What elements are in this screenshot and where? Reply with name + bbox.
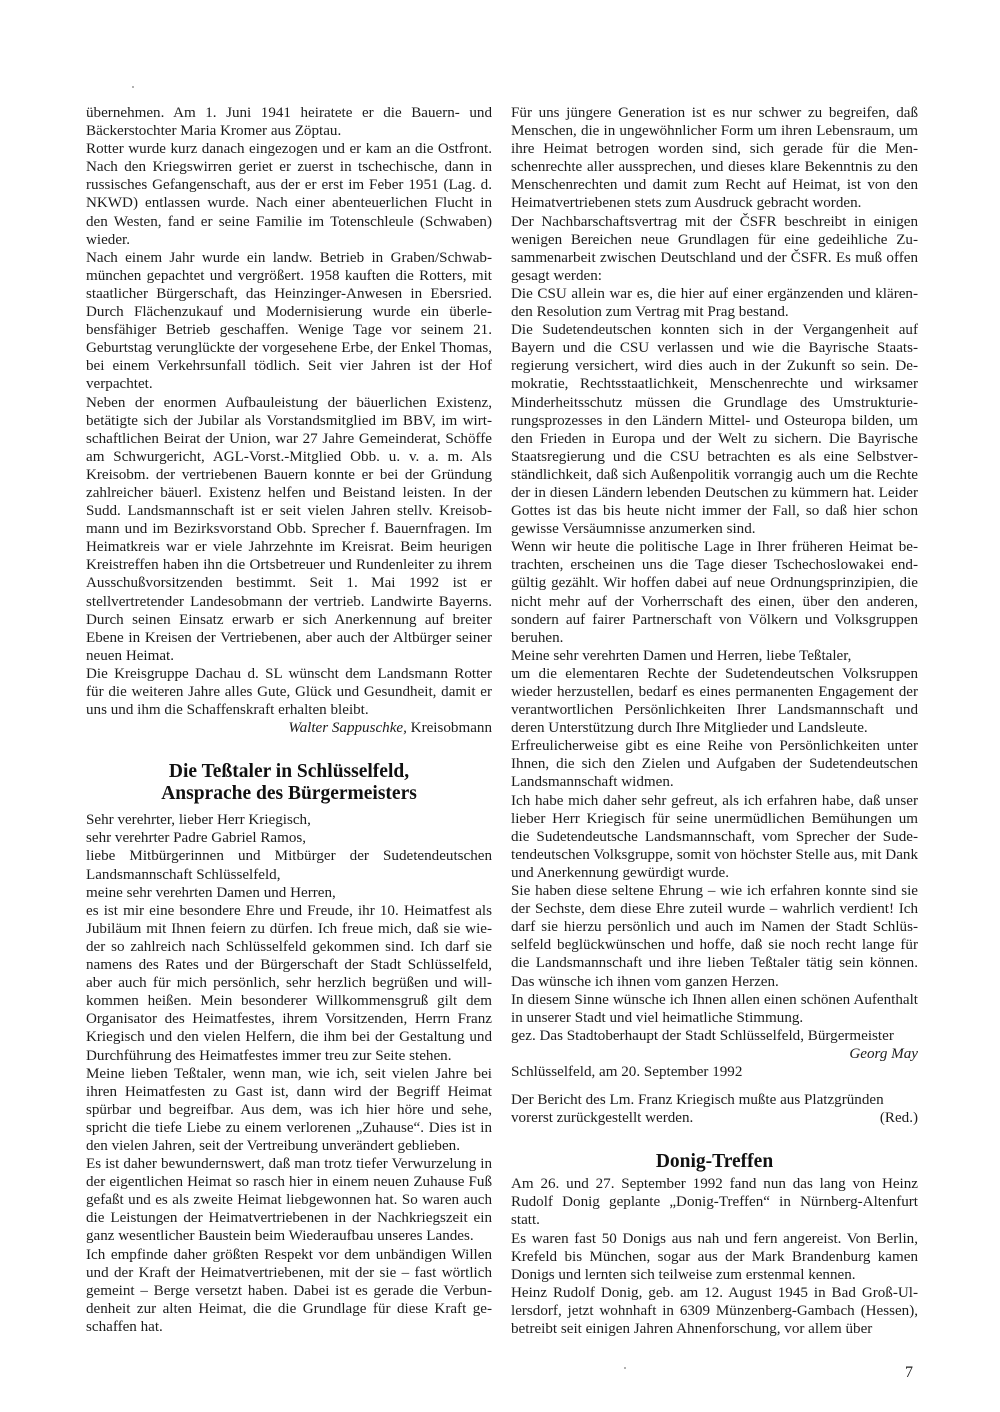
scan-speck <box>624 1367 626 1369</box>
paragraph: Der Nachbarschaftsvertrag mit der ČSFR b… <box>511 213 918 285</box>
paragraph: Es ist daher bewundernswert, daß man tro… <box>86 1155 492 1245</box>
article-title: Donig-Treffen <box>511 1151 918 1173</box>
article-tesstaler-continued: Für uns jüngere Generation ist es nur sc… <box>511 104 918 1127</box>
editor-note: Der Bericht des Lm. Franz Kriegisch mußt… <box>511 1091 918 1109</box>
paragraph: In diesem Sinne wünsche ich Ihnen allen … <box>511 991 918 1027</box>
paragraph: Die Kreisgruppe Dachau d. SL wünscht dem… <box>86 665 492 719</box>
paragraph: Ich habe mich daher sehr gefreut, als ic… <box>511 792 918 882</box>
signature-line: gez. Das Stadtoberhaupt der Stadt Schlüs… <box>511 1027 918 1045</box>
article-title: Die Teßtaler in Schlüsselfeld, Ansprache… <box>86 761 492 805</box>
paragraph: es ist mir eine besondere Ehre und Freud… <box>86 902 492 1065</box>
salutation: sehr verehrter Padre Gabriel Ramos, <box>86 829 492 847</box>
paragraph: übernehmen. Am 1. Juni 1941 heiratete er… <box>86 104 492 140</box>
signature: Georg May <box>511 1045 918 1063</box>
paragraph: Sie haben diese seltene Ehrung – wie ich… <box>511 882 918 991</box>
paragraph: Nach einem Jahr wurde ein landw. Betrieb… <box>86 249 492 394</box>
paragraph: Meine lieben Teßtaler, wenn man, wie ich… <box>86 1065 492 1155</box>
editor-tag: (Red.) <box>880 1109 918 1127</box>
signature-name: Walter Sappuschke, <box>288 720 407 736</box>
paragraph: Es waren fast 50 Donigs aus nah und fern… <box>511 1230 918 1284</box>
editor-note-text: vorerst zurückgestellt werden. <box>511 1109 693 1127</box>
signature-title: Kreisobmann <box>407 720 492 736</box>
paragraph: um die elementaren Rechte der Sudetendeu… <box>511 665 918 737</box>
left-column: übernehmen. Am 1. Juni 1941 heiratete er… <box>86 104 492 1336</box>
paragraph: Rotter wurde kurz danach eingezogen und … <box>86 140 492 249</box>
scan-speck <box>132 86 134 88</box>
right-column: Für uns jüngere Generation ist es nur sc… <box>511 104 918 1338</box>
article-rotter: übernehmen. Am 1. Juni 1941 heiratete er… <box>86 104 492 737</box>
paragraph: Für uns jüngere Generation ist es nur sc… <box>511 104 918 213</box>
paragraph: Ich empfinde daher größten Respekt vor d… <box>86 1246 492 1336</box>
paragraph: Wenn wir heute die politische Lage in Ih… <box>511 538 918 647</box>
editor-note-end: vorerst zurückgestellt werden. (Red.) <box>511 1109 918 1127</box>
paragraph: Meine sehr verehrten Damen und Herren, l… <box>511 647 918 665</box>
paragraph: Neben der enormen Aufbauleistung der bäu… <box>86 394 492 665</box>
paragraph: Die CSU allein war es, die hier auf eine… <box>511 285 918 321</box>
signature: Walter Sappuschke, Kreisobmann <box>86 719 492 737</box>
salutation: liebe Mitbürgerinnen und Mitbürger der S… <box>86 847 492 883</box>
paragraph: Erfreulicherweise gibt es eine Reihe von… <box>511 737 918 791</box>
paragraph: Die Sudetendeutschen konnten sich in der… <box>511 321 918 538</box>
page-number: 7 <box>905 1364 913 1382</box>
paragraph: Am 26. und 27. September 1992 fand nun d… <box>511 1175 918 1229</box>
article-donig-treffen: Donig-Treffen Am 26. und 27. September 1… <box>511 1151 918 1338</box>
article-tesstaler: Die Teßtaler in Schlüsselfeld, Ansprache… <box>86 761 492 1336</box>
title-line-1: Die Teßtaler in Schlüsselfeld, <box>169 761 409 782</box>
paragraph: Heinz Rudolf Donig, geb. am 12. August 1… <box>511 1284 918 1338</box>
salutation: Sehr verehrter, lieber Herr Kriegisch, <box>86 811 492 829</box>
signature-name: Georg May <box>849 1046 918 1062</box>
salutation: meine sehr verehrten Damen und Herren, <box>86 884 492 902</box>
title-line-2: Ansprache des Bürgermeisters <box>161 783 417 804</box>
place-date: Schlüsselfeld, am 20. September 1992 <box>511 1063 918 1081</box>
